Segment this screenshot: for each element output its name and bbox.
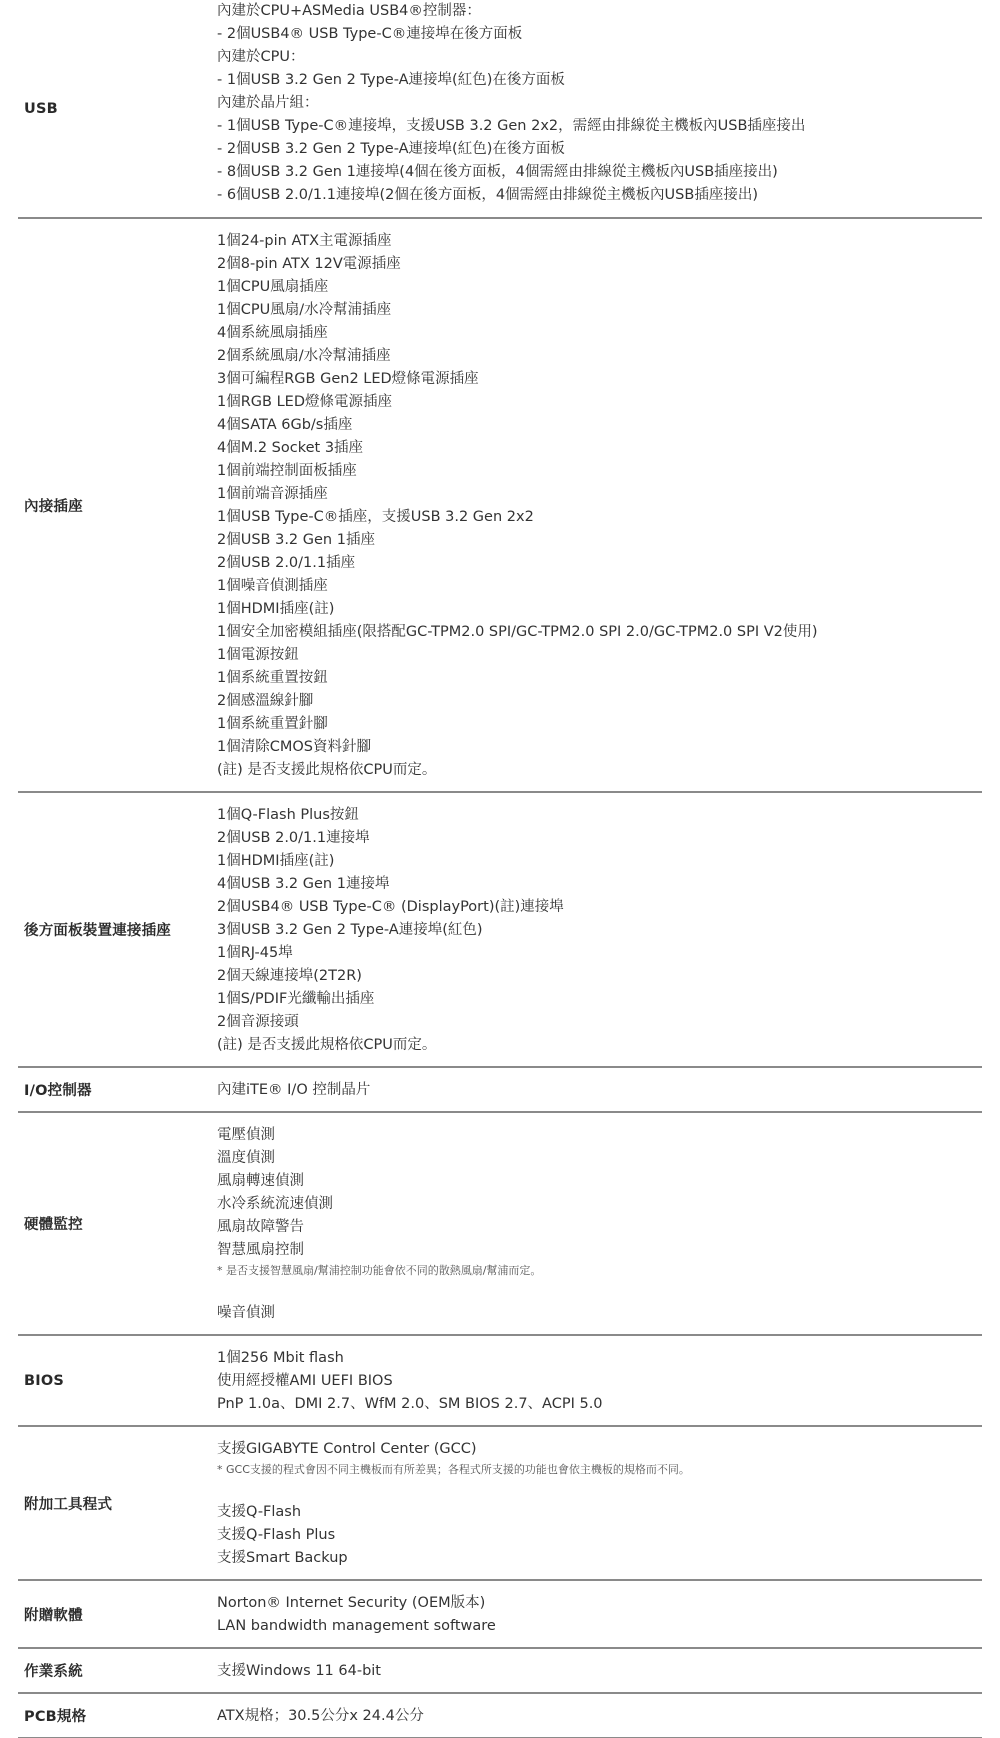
spec-line: 2個系統風扇/水冷幫浦插座 <box>217 345 982 368</box>
spec-table: USB 內建於CPU+ASMedia USB4®控制器： - 2個USB4® U… <box>18 0 982 1738</box>
spec-row-bundled-software: 附贈軟體 Norton® Internet Security (OEM版本) L… <box>18 1581 982 1649</box>
spec-row-pcb-form-factor: PCB規格 ATX規格；30.5公分x 24.4公分 <box>18 1694 982 1738</box>
spec-line: Norton® Internet Security (OEM版本) <box>217 1592 982 1615</box>
spec-value: 支援GIGABYTE Control Center (GCC) * GCC支援的… <box>217 1427 982 1579</box>
spec-label: 附加工具程式 <box>18 1493 217 1514</box>
spec-line: PnP 1.0a、DMI 2.7、WfM 2.0、SM BIOS 2.7、ACP… <box>217 1393 982 1416</box>
spec-line: (註) 是否支援此規格依CPU而定。 <box>217 1034 982 1057</box>
spec-line: 水冷系統流速偵測 <box>217 1193 982 1216</box>
spec-line: 1個RGB LED燈條電源插座 <box>217 391 982 414</box>
spec-label: 附贈軟體 <box>18 1604 217 1625</box>
spec-line: 支援Q-Flash <box>217 1501 982 1524</box>
spec-footnote: * GCC支援的程式會因不同主機板而有所差異；各程式所支援的功能也會依主機板的規… <box>217 1461 982 1479</box>
spec-line: 風扇故障警告 <box>217 1216 982 1239</box>
spec-line: 支援Smart Backup <box>217 1547 982 1570</box>
spec-line: LAN bandwidth management software <box>217 1615 982 1638</box>
spec-label: USB <box>18 101 217 117</box>
spec-line: 1個系統重置針腳 <box>217 713 982 736</box>
spec-line: 1個前端音源插座 <box>217 483 982 506</box>
spec-label: PCB規格 <box>18 1705 217 1726</box>
spec-line: 4個USB 3.2 Gen 1連接埠 <box>217 873 982 896</box>
spec-label: 內接插座 <box>18 495 217 516</box>
spec-line: 4個系統風扇插座 <box>217 322 982 345</box>
spec-line: - 8個USB 3.2 Gen 1連接埠(4個在後方面板，4個需經由排線從主機板… <box>217 161 982 184</box>
spec-line: 2個USB4® USB Type-C® (DisplayPort)(註)連接埠 <box>217 896 982 919</box>
spec-line: 1個CPU風扇/水冷幫浦插座 <box>217 299 982 322</box>
spec-line: - 2個USB4® USB Type-C®連接埠在後方面板 <box>217 23 982 46</box>
spec-line: 內建於晶片組： <box>217 92 982 115</box>
spec-line: 風扇轉速偵測 <box>217 1170 982 1193</box>
spec-label: 後方面板裝置連接插座 <box>18 919 217 940</box>
spec-line: 1個24-pin ATX主電源插座 <box>217 230 982 253</box>
spec-value: 1個256 Mbit flash 使用經授權AMI UEFI BIOS PnP … <box>217 1336 982 1425</box>
spec-line: 1個USB Type-C®插座，支援USB 3.2 Gen 2x2 <box>217 506 982 529</box>
spec-value: 1個Q-Flash Plus按鈕 2個USB 2.0/1.1連接埠 1個HDMI… <box>217 793 982 1066</box>
spec-line: - 1個USB Type-C®連接埠，支援USB 3.2 Gen 2x2，需經由… <box>217 115 982 138</box>
spec-line: 1個CPU風扇插座 <box>217 276 982 299</box>
spec-line: 1個前端控制面板插座 <box>217 460 982 483</box>
spec-value: 內建於CPU+ASMedia USB4®控制器： - 2個USB4® USB T… <box>217 0 982 217</box>
spec-line: 1個HDMI插座(註) <box>217 598 982 621</box>
spec-row-bios: BIOS 1個256 Mbit flash 使用經授權AMI UEFI BIOS… <box>18 1336 982 1427</box>
spec-line: 2個天線連接埠(2T2R) <box>217 965 982 988</box>
spec-row-operating-system: 作業系統 支援Windows 11 64-bit <box>18 1649 982 1694</box>
spec-spacer <box>217 1280 982 1302</box>
spec-row-utilities: 附加工具程式 支援GIGABYTE Control Center (GCC) *… <box>18 1427 982 1581</box>
spec-line: 1個RJ-45埠 <box>217 942 982 965</box>
spec-line: 1個系統重置按鈕 <box>217 667 982 690</box>
spec-line: 1個安全加密模組插座(限搭配GC-TPM2.0 SPI/GC-TPM2.0 SP… <box>217 621 982 644</box>
spec-line: 2個感溫線針腳 <box>217 690 982 713</box>
spec-line: - 2個USB 3.2 Gen 2 Type-A連接埠(紅色)在後方面板 <box>217 138 982 161</box>
spec-line: 內建於CPU： <box>217 46 982 69</box>
spec-row-usb: USB 內建於CPU+ASMedia USB4®控制器： - 2個USB4® U… <box>18 0 982 219</box>
spec-label: I/O控制器 <box>18 1079 217 1100</box>
spec-value: Norton® Internet Security (OEM版本) LAN ba… <box>217 1581 982 1647</box>
spec-row-io-controller: I/O控制器 內建iTE® I/O 控制晶片 <box>18 1068 982 1113</box>
spec-line: 1個256 Mbit flash <box>217 1347 982 1370</box>
spec-line: 電壓偵測 <box>217 1124 982 1147</box>
spec-line: 內建iTE® I/O 控制晶片 <box>217 1079 982 1102</box>
spec-line: 2個USB 2.0/1.1插座 <box>217 552 982 575</box>
spec-line: 2個音源接頭 <box>217 1011 982 1034</box>
spec-label: 硬體監控 <box>18 1213 217 1234</box>
spec-line: - 6個USB 2.0/1.1連接埠(2個在後方面板，4個需經由排線從主機板內U… <box>217 184 982 207</box>
spec-line: 1個電源按鈕 <box>217 644 982 667</box>
spec-line: 噪音偵測 <box>217 1302 982 1325</box>
spec-label: 作業系統 <box>18 1660 217 1681</box>
spec-value: 電壓偵測 溫度偵測 風扇轉速偵測 水冷系統流速偵測 風扇故障警告 智慧風扇控制 … <box>217 1113 982 1334</box>
spec-spacer <box>217 1479 982 1501</box>
spec-label: BIOS <box>18 1373 217 1389</box>
spec-value: ATX規格；30.5公分x 24.4公分 <box>217 1694 982 1737</box>
spec-line: 1個清除CMOS資料針腳 <box>217 736 982 759</box>
spec-row-hardware-monitor: 硬體監控 電壓偵測 溫度偵測 風扇轉速偵測 水冷系統流速偵測 風扇故障警告 智慧… <box>18 1113 982 1336</box>
spec-line: 使用經授權AMI UEFI BIOS <box>217 1370 982 1393</box>
spec-line: ATX規格；30.5公分x 24.4公分 <box>217 1705 982 1728</box>
spec-value: 支援Windows 11 64-bit <box>217 1649 982 1692</box>
spec-line: 智慧風扇控制 <box>217 1239 982 1262</box>
spec-line: 2個USB 2.0/1.1連接埠 <box>217 827 982 850</box>
spec-line: 1個HDMI插座(註) <box>217 850 982 873</box>
spec-line: 3個USB 3.2 Gen 2 Type-A連接埠(紅色) <box>217 919 982 942</box>
spec-line: 溫度偵測 <box>217 1147 982 1170</box>
spec-line: 1個Q-Flash Plus按鈕 <box>217 804 982 827</box>
spec-line: 支援Windows 11 64-bit <box>217 1660 982 1683</box>
spec-line: 3個可編程RGB Gen2 LED燈條電源插座 <box>217 368 982 391</box>
spec-value: 1個24-pin ATX主電源插座 2個8-pin ATX 12V電源插座 1個… <box>217 219 982 791</box>
spec-line: 4個M.2 Socket 3插座 <box>217 437 982 460</box>
spec-line: (註) 是否支援此規格依CPU而定。 <box>217 759 982 782</box>
spec-line: 支援Q-Flash Plus <box>217 1524 982 1547</box>
spec-line: 4個SATA 6Gb/s插座 <box>217 414 982 437</box>
spec-line: - 1個USB 3.2 Gen 2 Type-A連接埠(紅色)在後方面板 <box>217 69 982 92</box>
spec-line: 內建於CPU+ASMedia USB4®控制器： <box>217 0 982 23</box>
spec-footnote: * 是否支援智慧風扇/幫浦控制功能會依不同的散熱風扇/幫浦而定。 <box>217 1262 982 1280</box>
spec-line: 2個USB 3.2 Gen 1插座 <box>217 529 982 552</box>
spec-line: 2個8-pin ATX 12V電源插座 <box>217 253 982 276</box>
spec-line: 支援GIGABYTE Control Center (GCC) <box>217 1438 982 1461</box>
spec-value: 內建iTE® I/O 控制晶片 <box>217 1068 982 1111</box>
spec-row-rear-panel: 後方面板裝置連接插座 1個Q-Flash Plus按鈕 2個USB 2.0/1.… <box>18 793 982 1068</box>
spec-line: 1個噪音偵測插座 <box>217 575 982 598</box>
spec-line: 1個S/PDIF光纖輸出插座 <box>217 988 982 1011</box>
spec-row-internal-connectors: 內接插座 1個24-pin ATX主電源插座 2個8-pin ATX 12V電源… <box>18 219 982 793</box>
